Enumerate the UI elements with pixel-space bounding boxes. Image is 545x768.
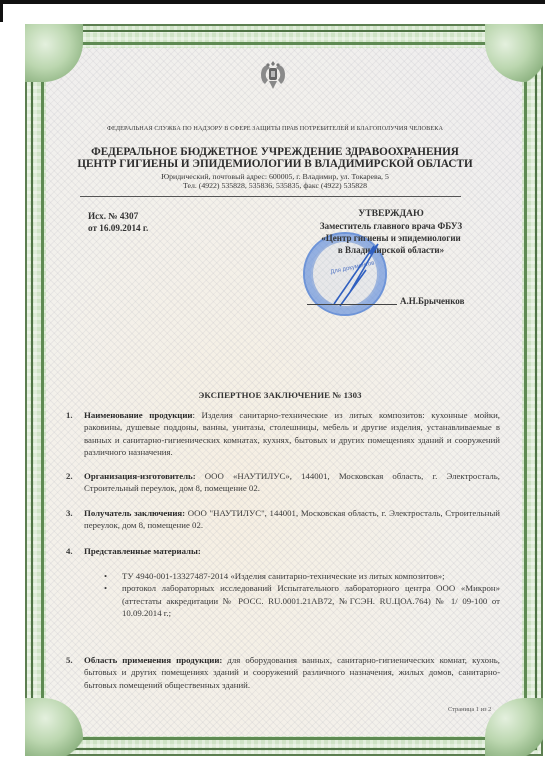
page-number: Страница 1 из 2 — [448, 706, 491, 713]
approval-block: УТВЕРЖДАЮ Заместитель главного врача ФБУ… — [300, 208, 482, 256]
signature-line — [307, 304, 397, 305]
section-product-name: 1. Наименование продукции: Изделия санит… — [84, 409, 500, 458]
section-label: Организация-изготовитель: — [84, 471, 196, 481]
approval-title: УТВЕРЖДАЮ — [300, 208, 482, 220]
service-name: ФЕДЕРАЛЬНАЯ СЛУЖБА ПО НАДЗОРУ В СФЕРЕ ЗА… — [60, 125, 490, 132]
section-label: Наименование продукции — [84, 410, 193, 420]
section-materials: 4. Представленные материалы: — [84, 545, 500, 557]
organization-address: Юридический, почтовый адрес: 600005, г. … — [60, 172, 490, 181]
russian-coat-of-arms-icon — [258, 59, 288, 93]
section-label: Представленные материалы: — [84, 546, 201, 556]
signer-name: А.Н.Брыченков — [400, 296, 464, 306]
conclusion-title: ЭКСПЕРТНОЕ ЗАКЛЮЧЕНИЕ № 1303 — [80, 390, 480, 400]
header-divider — [80, 196, 461, 197]
approval-line2: «Центр гигиены и эпидемиологии — [300, 232, 482, 244]
outgoing-date: от 16.09.2014 г. — [88, 222, 148, 234]
bullet-icon: • — [104, 570, 107, 582]
outgoing-number: Исх. № 4307 — [88, 210, 148, 222]
document-content: ФЕДЕРАЛЬНАЯ СЛУЖБА ПО НАДЗОРУ В СФЕРЕ ЗА… — [0, 0, 545, 768]
materials-list: •ТУ 4940-001-13327487-2014 «Изделия сани… — [104, 570, 500, 619]
section-manufacturer: 2. Организация-изготовитель: ООО «НАУТИЛ… — [84, 470, 500, 495]
outgoing-reference: Исх. № 4307 от 16.09.2014 г. — [88, 210, 148, 234]
organization-phones: Тел. (4922) 535828, 535836, 535835, факс… — [60, 181, 490, 190]
approval-line1: Заместитель главного врача ФБУЗ — [300, 220, 482, 232]
list-item: •протокол лабораторных исследований Испы… — [104, 582, 500, 619]
organization-name-line1: ФЕДЕРАЛЬНОЕ БЮДЖЕТНОЕ УЧРЕЖДЕНИЕ ЗДРАВОО… — [60, 146, 490, 158]
organization-name-line2: ЦЕНТР ГИГИЕНЫ И ЭПИДЕМИОЛОГИИ В ВЛАДИМИР… — [60, 158, 490, 170]
section-recipient: 3. Получатель заключения: ООО "НАУТИЛУС"… — [84, 507, 500, 532]
list-item: •ТУ 4940-001-13327487-2014 «Изделия сани… — [104, 570, 500, 582]
approval-line3: в Владимирской области» — [300, 244, 482, 256]
section-label: Получатель заключения: — [84, 508, 185, 518]
bullet-icon: • — [104, 582, 107, 594]
signature — [330, 240, 382, 308]
section-application-area: 5. Область применения продукции: для обо… — [84, 654, 500, 691]
section-label: Область применения продукции: — [84, 655, 222, 665]
